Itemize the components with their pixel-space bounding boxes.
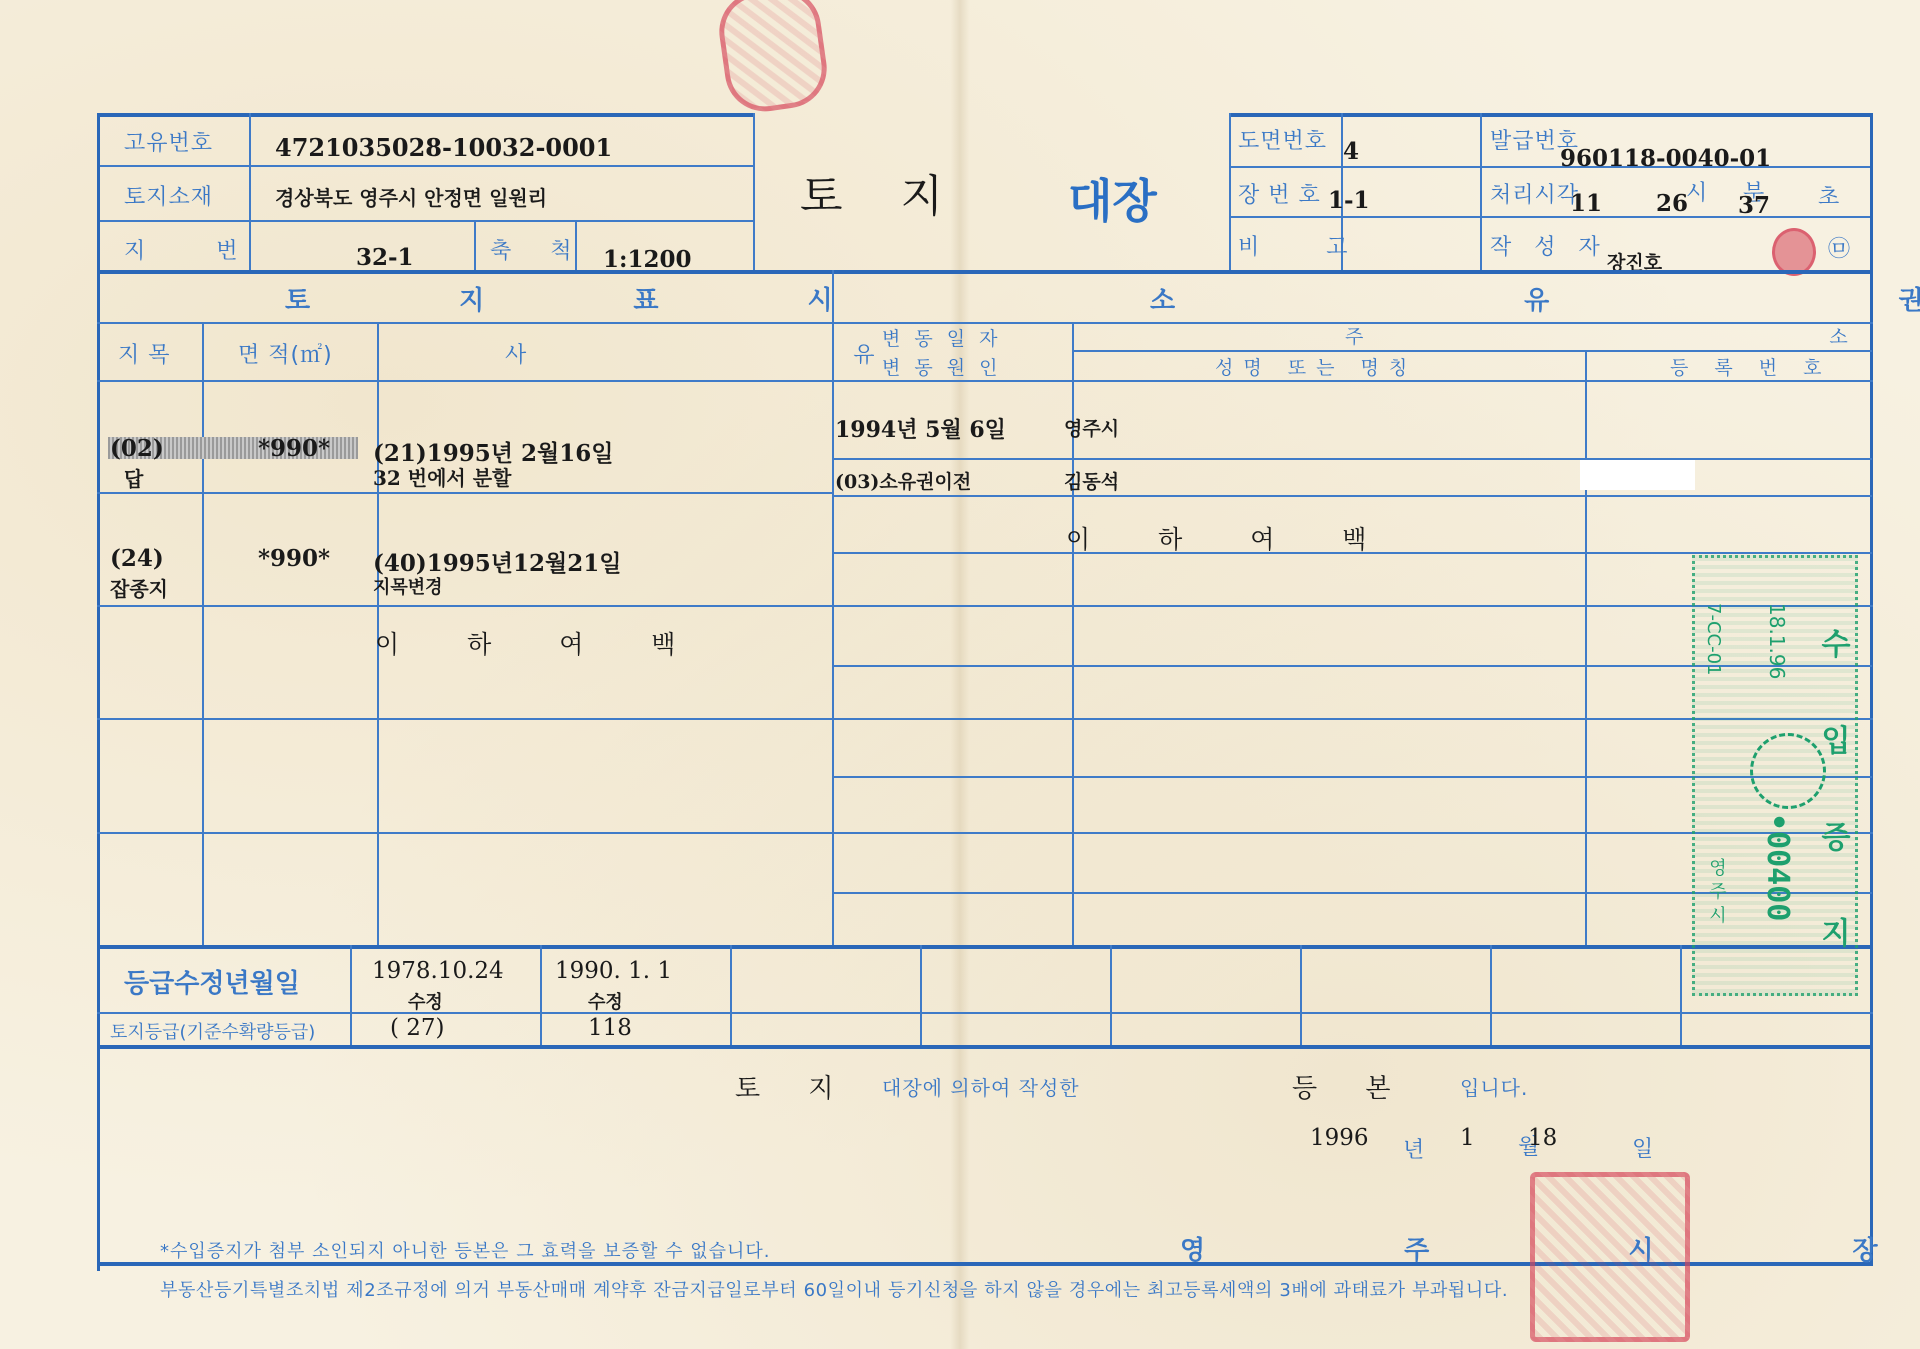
lot-no-label: 지 번 <box>124 234 270 265</box>
owner-name: 김동석 <box>1064 467 1119 494</box>
map-no-label: 도면번호 <box>1238 124 1327 155</box>
grade-note-2: 수정 <box>588 988 623 1014</box>
process-second-unit: 초 <box>1818 180 1840 211</box>
area-value: *990* <box>258 435 330 462</box>
grade-date-2: 1990. 1. 1 <box>555 958 672 984</box>
area-value: *990* <box>258 545 330 572</box>
title-land: 토 지 <box>800 160 965 224</box>
cert-day-unit: 일 <box>1632 1132 1654 1163</box>
col-category-header: 지 목 <box>118 338 171 369</box>
revenue-stamp-amount: •00400 <box>1760 813 1795 921</box>
sheet-no-value: 1-1 <box>1328 187 1370 214</box>
revenue-stamp-serial: 7-CC-01 <box>1703 603 1724 675</box>
flower-emblem-icon <box>1750 733 1826 809</box>
cert-month: 1 <box>1460 1125 1475 1151</box>
unique-no-label: 고유번호 <box>124 126 213 157</box>
category-name: 답 <box>124 463 143 492</box>
reason-line2: 지목변경 <box>373 573 443 599</box>
revenue-stamp-date: 18.1.96 <box>1765 603 1789 679</box>
sheet-no-label: 장 번 호 <box>1238 178 1321 209</box>
cert-copy: 등 본 <box>1292 1068 1411 1105</box>
col-address-header: 주 소 <box>1345 322 1920 349</box>
process-hour-unit: 시 <box>1686 176 1708 207</box>
cert-text2: 입니다. <box>1460 1072 1528 1101</box>
cert-land: 토 지 <box>735 1068 854 1105</box>
revenue-stamp-issuer: 영 주 시 <box>1703 858 1729 923</box>
category-code: (24) <box>110 545 164 572</box>
remarks-label: 비 고 <box>1238 230 1378 261</box>
col-change-date-header: 변 동 일 자 <box>882 324 1002 351</box>
stamp-validity-note: *수입증지가 첨부 소인되지 아니한 등본은 그 효력을 보증할 수 없습니다. <box>160 1237 770 1263</box>
col-change-cause-header: 변 동 원 인 <box>882 353 1002 380</box>
ownership-section-title: 소 유 권 <box>1150 280 1920 317</box>
scale-value: 1:1200 <box>603 246 692 273</box>
scale-label: 축 척 <box>490 234 588 265</box>
reason-line2: 32 번에서 분할 <box>373 462 511 491</box>
ownership-end-mark: 이 하 여 백 <box>1066 520 1396 556</box>
change-cause: (03)소유권이전 <box>835 467 971 494</box>
grade-value-1: ( 27) <box>390 1015 445 1041</box>
author-seal <box>1772 228 1816 276</box>
cert-year: 1996 <box>1310 1125 1369 1151</box>
owner-address: 영주시 <box>1064 414 1119 441</box>
process-second: 37 <box>1738 192 1770 219</box>
legal-notice: 부동산등기특별조치법 제2조규정에 의거 부동산매매 계약후 잔금지급일로부터 … <box>160 1276 1508 1302</box>
author-label: 작 성 자 <box>1490 230 1608 261</box>
col-area-header: 면 적(㎡) <box>238 338 333 369</box>
grade-value-2: 118 <box>588 1015 632 1041</box>
title-ledger: 대장 <box>1068 165 1157 231</box>
location-label: 토지소재 <box>124 180 213 211</box>
revenue-stamp: 수 입 증 지 •00400 18.1.96 7-CC-01 영 주 시 <box>1692 555 1858 996</box>
revenue-stamp-label: 수 입 증 지 <box>1810 628 1854 975</box>
process-minute: 26 <box>1656 190 1688 217</box>
issuer-name: 영 주 시 장 <box>1180 1230 1920 1267</box>
process-time-label: 처리시각 <box>1490 178 1579 209</box>
process-hour: 11 <box>1570 190 1602 217</box>
land-end-mark: 이 하 여 백 <box>375 625 705 661</box>
col-name-header: 성명 또는 명칭 <box>1215 353 1417 380</box>
land-section-title: 토 지 표 시 <box>285 280 903 317</box>
cert-text1: 대장에 의하여 작성한 <box>882 1072 1080 1101</box>
map-no-value: 4 <box>1343 138 1359 165</box>
seal-mark-icon: ㉤ <box>1828 232 1851 263</box>
land-grade-label: 토지등급(기준수확량등급) <box>110 1018 315 1044</box>
issue-no-value: 960118-0040-01 <box>1560 145 1771 172</box>
grade-date-1: 1978.10.24 <box>372 958 504 984</box>
location-value: 경상북도 영주시 안정면 일원리 <box>275 182 547 211</box>
col-reg-no-header: 등 록 번 호 <box>1670 353 1832 380</box>
unique-no-value: 4721035028-10032-0001 <box>275 133 612 162</box>
grade-revision-label: 등급수정년월일 <box>124 963 300 1000</box>
lot-no-value: 32-1 <box>356 244 414 271</box>
category-code: (02) <box>110 435 164 462</box>
cert-day: 18 <box>1528 1125 1557 1151</box>
grade-note-1: 수정 <box>408 988 443 1014</box>
official-seal-top <box>714 0 832 117</box>
reg-no-redacted <box>1580 460 1695 490</box>
cert-year-unit: 년 <box>1403 1133 1425 1164</box>
change-date: 1994년 5월 6일 <box>835 413 1006 444</box>
category-name: 잡종지 <box>110 573 168 602</box>
